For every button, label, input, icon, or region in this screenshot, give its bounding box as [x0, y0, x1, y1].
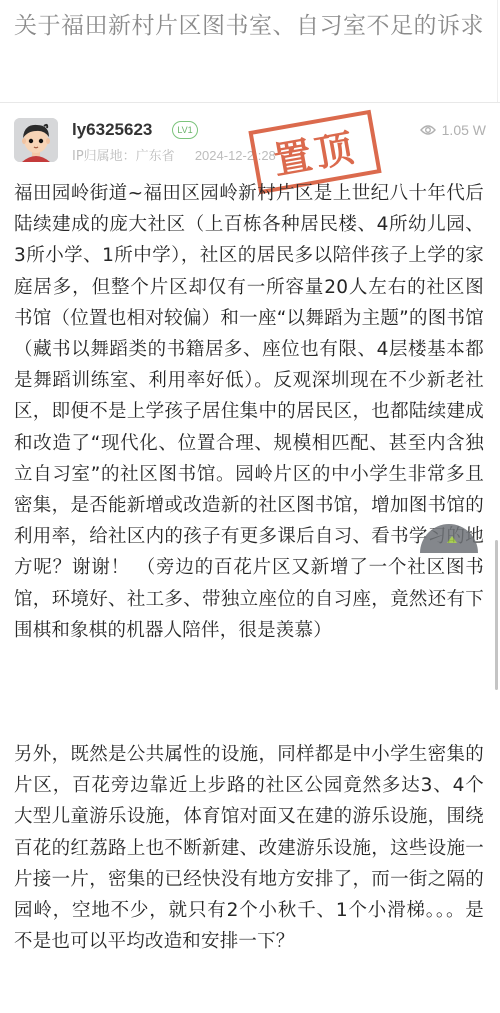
view-count-value: 1.05 W	[442, 122, 486, 138]
paragraph-spacer	[14, 646, 484, 739]
view-count: 1.05 W	[420, 122, 486, 138]
eye-icon	[420, 124, 436, 136]
page-title: 关于福田新村片区图书室、自习室不足的诉求	[14, 6, 484, 46]
author-username[interactable]: ly6325623	[72, 120, 152, 140]
post-paragraph: 另外，既然是公共属性的设施，同样都是中小学生密集的片区，百花旁边靠近上步路的社区…	[14, 739, 484, 957]
cartoon-boy-avatar-icon	[14, 118, 58, 162]
ip-location: IP归属地：广东省	[72, 149, 175, 164]
scrollbar[interactable]	[495, 540, 498, 690]
arrow-up-icon	[447, 536, 457, 543]
level-badge: LV1	[172, 121, 198, 139]
divider	[497, 0, 498, 102]
post-meta: IP归属地：广东省 2024-12-2 :28	[72, 145, 276, 164]
page-header: 关于福田新村片区图书室、自习室不足的诉求	[0, 0, 500, 103]
post-body: 福田园岭街道~福田区园岭新村片区是上世纪八十年代后陆续建成的庞大社区（上百栋各种…	[14, 178, 484, 957]
post-paragraph: 福田园岭街道~福田区园岭新村片区是上世纪八十年代后陆续建成的庞大社区（上百栋各种…	[14, 178, 484, 646]
avatar[interactable]	[14, 118, 58, 162]
